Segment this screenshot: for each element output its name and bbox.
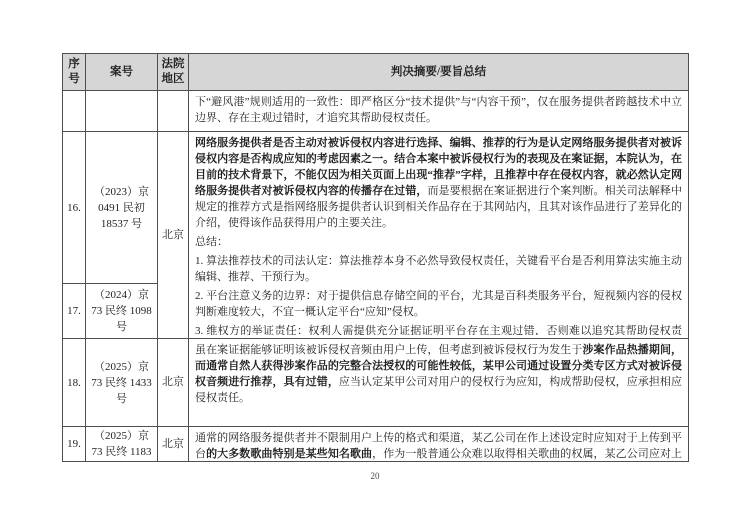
cell-summary: 虽在案证据能够证明该被诉侵权音频由用户上传，但考虑到被诉侵权行为发生于涉案作品热… (189, 339, 689, 427)
cell-summary: 下“避风港”规则适用的一致性：即严格区分“技术提供”与“内容干预”，仅在服务提供… (189, 91, 689, 132)
cell-seq: 16. (63, 132, 86, 284)
table-header-row: 序号 案号 法院地区 判决摘要/要旨总结 (63, 54, 689, 91)
cell-case-no: （2025）京73 民终 1183 (86, 427, 158, 462)
table-row-16: 16. （2023）京0491 民初18537 号 北京 网络服务提供者是否主动… (63, 132, 689, 284)
cell-case-no: （2025）京73 民终 1433号 (86, 339, 158, 427)
table-row-continuation: 下“避风港”规则适用的一致性：即严格区分“技术提供”与“内容干预”，仅在服务提供… (63, 91, 689, 132)
cell-region: 北京 (158, 339, 189, 427)
col-header-summary: 判决摘要/要旨总结 (189, 54, 689, 91)
summary-text: 下“避风港”规则适用的一致性：即严格区分“技术提供”与“内容干预”，仅在服务提供… (195, 94, 682, 126)
table-row-18: 18. （2025）京73 民终 1433号 北京 虽在案证据能够证明该被诉侵权… (63, 339, 689, 427)
case-summary-table: 序号 案号 法院地区 判决摘要/要旨总结 下“避风港”规则适用的一致性：即严格区… (62, 53, 689, 462)
summary-text: 通常的网络服务提供者并不限制用户上传的格式和渠道，某乙公司在作上述设定时应知对于… (195, 430, 682, 461)
cell-summary: 网络服务提供者是否主动对被诉侵权内容进行选择、编辑、推荐的行为是认定网络服务提供… (189, 132, 689, 339)
cell-seq: 17. (63, 284, 86, 339)
col-header-region: 法院地区 (158, 54, 189, 91)
cell-case-no: （2023）京0491 民初18537 号 (86, 132, 158, 284)
cell-seq: 19. (63, 427, 86, 462)
document-page: 序号 案号 法院地区 判决摘要/要旨总结 下“避风港”规则适用的一致性：即严格区… (0, 0, 750, 530)
cell-seq: 18. (63, 339, 86, 427)
cell-region (158, 91, 189, 132)
page-number: 20 (0, 471, 750, 481)
cell-summary: 通常的网络服务提供者并不限制用户上传的格式和渠道，某乙公司在作上述设定时应知对于… (189, 427, 689, 462)
col-header-seq: 序号 (63, 54, 86, 91)
cell-region: 北京 (158, 132, 189, 339)
col-header-case-no: 案号 (86, 54, 158, 91)
summary-text: 网络服务提供者是否主动对被诉侵权内容进行选择、编辑、推荐的行为是认定网络服务提供… (195, 135, 682, 335)
summary-text: 虽在案证据能够证明该被诉侵权音频由用户上传，但考虑到被诉侵权行为发生于涉案作品热… (195, 342, 682, 406)
table-row-19: 19. （2025）京73 民终 1183 北京 通常的网络服务提供者并不限制用… (63, 427, 689, 462)
cell-region: 北京 (158, 427, 189, 462)
cell-seq (63, 91, 86, 132)
cell-case-no (86, 91, 158, 132)
cell-case-no: （2024）京73 民终 1098号 (86, 284, 158, 339)
